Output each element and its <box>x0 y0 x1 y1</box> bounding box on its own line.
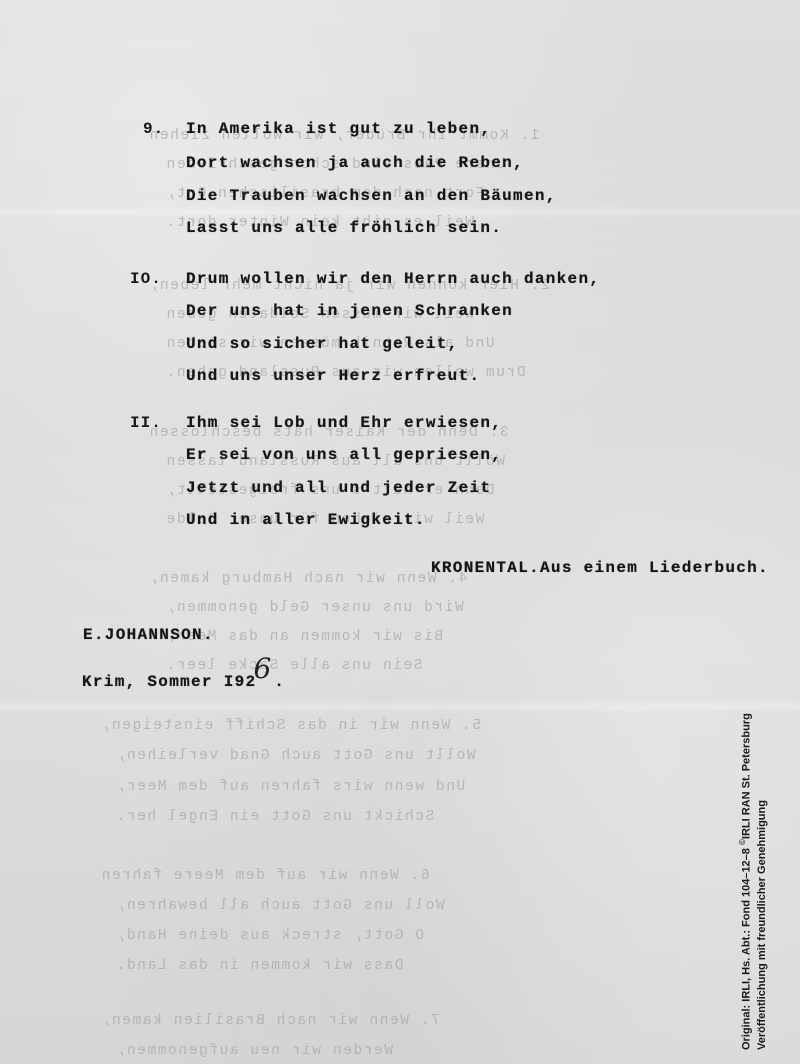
bleed-line: Werden wir neu aufgenommen, <box>115 1043 393 1059</box>
bleed-line: 5. Wenn wir in das Schiff einsteigen, <box>100 718 481 734</box>
bleed-line: 6. Wenn wir auf dem Meere fahren <box>100 868 430 884</box>
place-date-typed: Krim, Sommer I92 <box>82 673 256 691</box>
bleed-line: 4. Wenn wir nach Hamburg kamen, <box>148 571 467 587</box>
bleed-line: Schickt uns Gott ein Engel her. <box>115 809 434 825</box>
author-name: E.JOHANNSON. <box>83 626 214 644</box>
bleed-line: Dass wir kommen in das Land. <box>115 958 403 974</box>
stanza-number: II. <box>130 414 162 432</box>
poem-line: Ihm sei Lob und Ehr erwiesen, <box>186 414 502 432</box>
credit-line-2: Veröffentlichung mit freundlicher Genehm… <box>755 713 770 1050</box>
poem-line: Lasst uns alle fröhlich sein. <box>186 219 502 237</box>
poem-line: Der uns hat in jenen Schranken <box>186 302 513 320</box>
bleed-line: O Gott, streck aus deine Hand, <box>115 928 424 944</box>
handwritten-correction: 6 <box>253 652 271 685</box>
credit-line-1: Original: IRLI, Hs. Abt.: Fond 104–12–8 … <box>735 713 755 1050</box>
bleed-line: Wird uns unser Geld genommen, <box>165 600 464 616</box>
archive-credit: Original: IRLI, Hs. Abt.: Fond 104–12–8 … <box>735 713 770 1050</box>
copyright-symbol: © <box>738 839 747 845</box>
poem-line: Drum wollen wir den Herrn auch danken, <box>186 270 600 288</box>
stanza-number: 9. <box>143 120 164 138</box>
bleed-line: Und wenn wirs fahren auf dem Meer, <box>115 779 465 795</box>
bleed-line: Wollt uns Gott auch Gnad verleihen, <box>115 748 476 764</box>
stanza-number: IO. <box>130 270 162 288</box>
poem-line: Jetzt und all und jeder Zeit <box>186 479 491 497</box>
bleed-line: Woll uns Gott auch all bewahren, <box>115 898 445 914</box>
place-date: Krim, Sommer I926. <box>82 660 285 693</box>
place-date-period: . <box>274 673 285 691</box>
poem-line: Und so sicher hat geleit, <box>186 335 459 353</box>
poem-line: Die Trauben wachsen an den Bäumen, <box>186 187 557 205</box>
poem-line: In Amerika ist gut zu leben, <box>186 120 491 138</box>
poem-line: Und in aller Ewigkeit. <box>186 511 426 529</box>
source-note: KRONENTAL.Aus einem Liederbuch. <box>431 559 769 577</box>
poem-line: Und uns unser Herz erfreut. <box>186 367 480 385</box>
credit-source: Original: IRLI, Hs. Abt.: Fond 104–12–8 <box>741 848 753 1050</box>
poem-line: Dort wachsen ja auch die Reben, <box>186 154 524 172</box>
poem-line: Er sei von uns all gepriesen, <box>186 446 502 464</box>
credit-holder: IRLI RAN St. Petersburg <box>741 713 753 839</box>
bleed-line: 7. Wenn wir nach Brasilien kamen, <box>100 1013 440 1029</box>
